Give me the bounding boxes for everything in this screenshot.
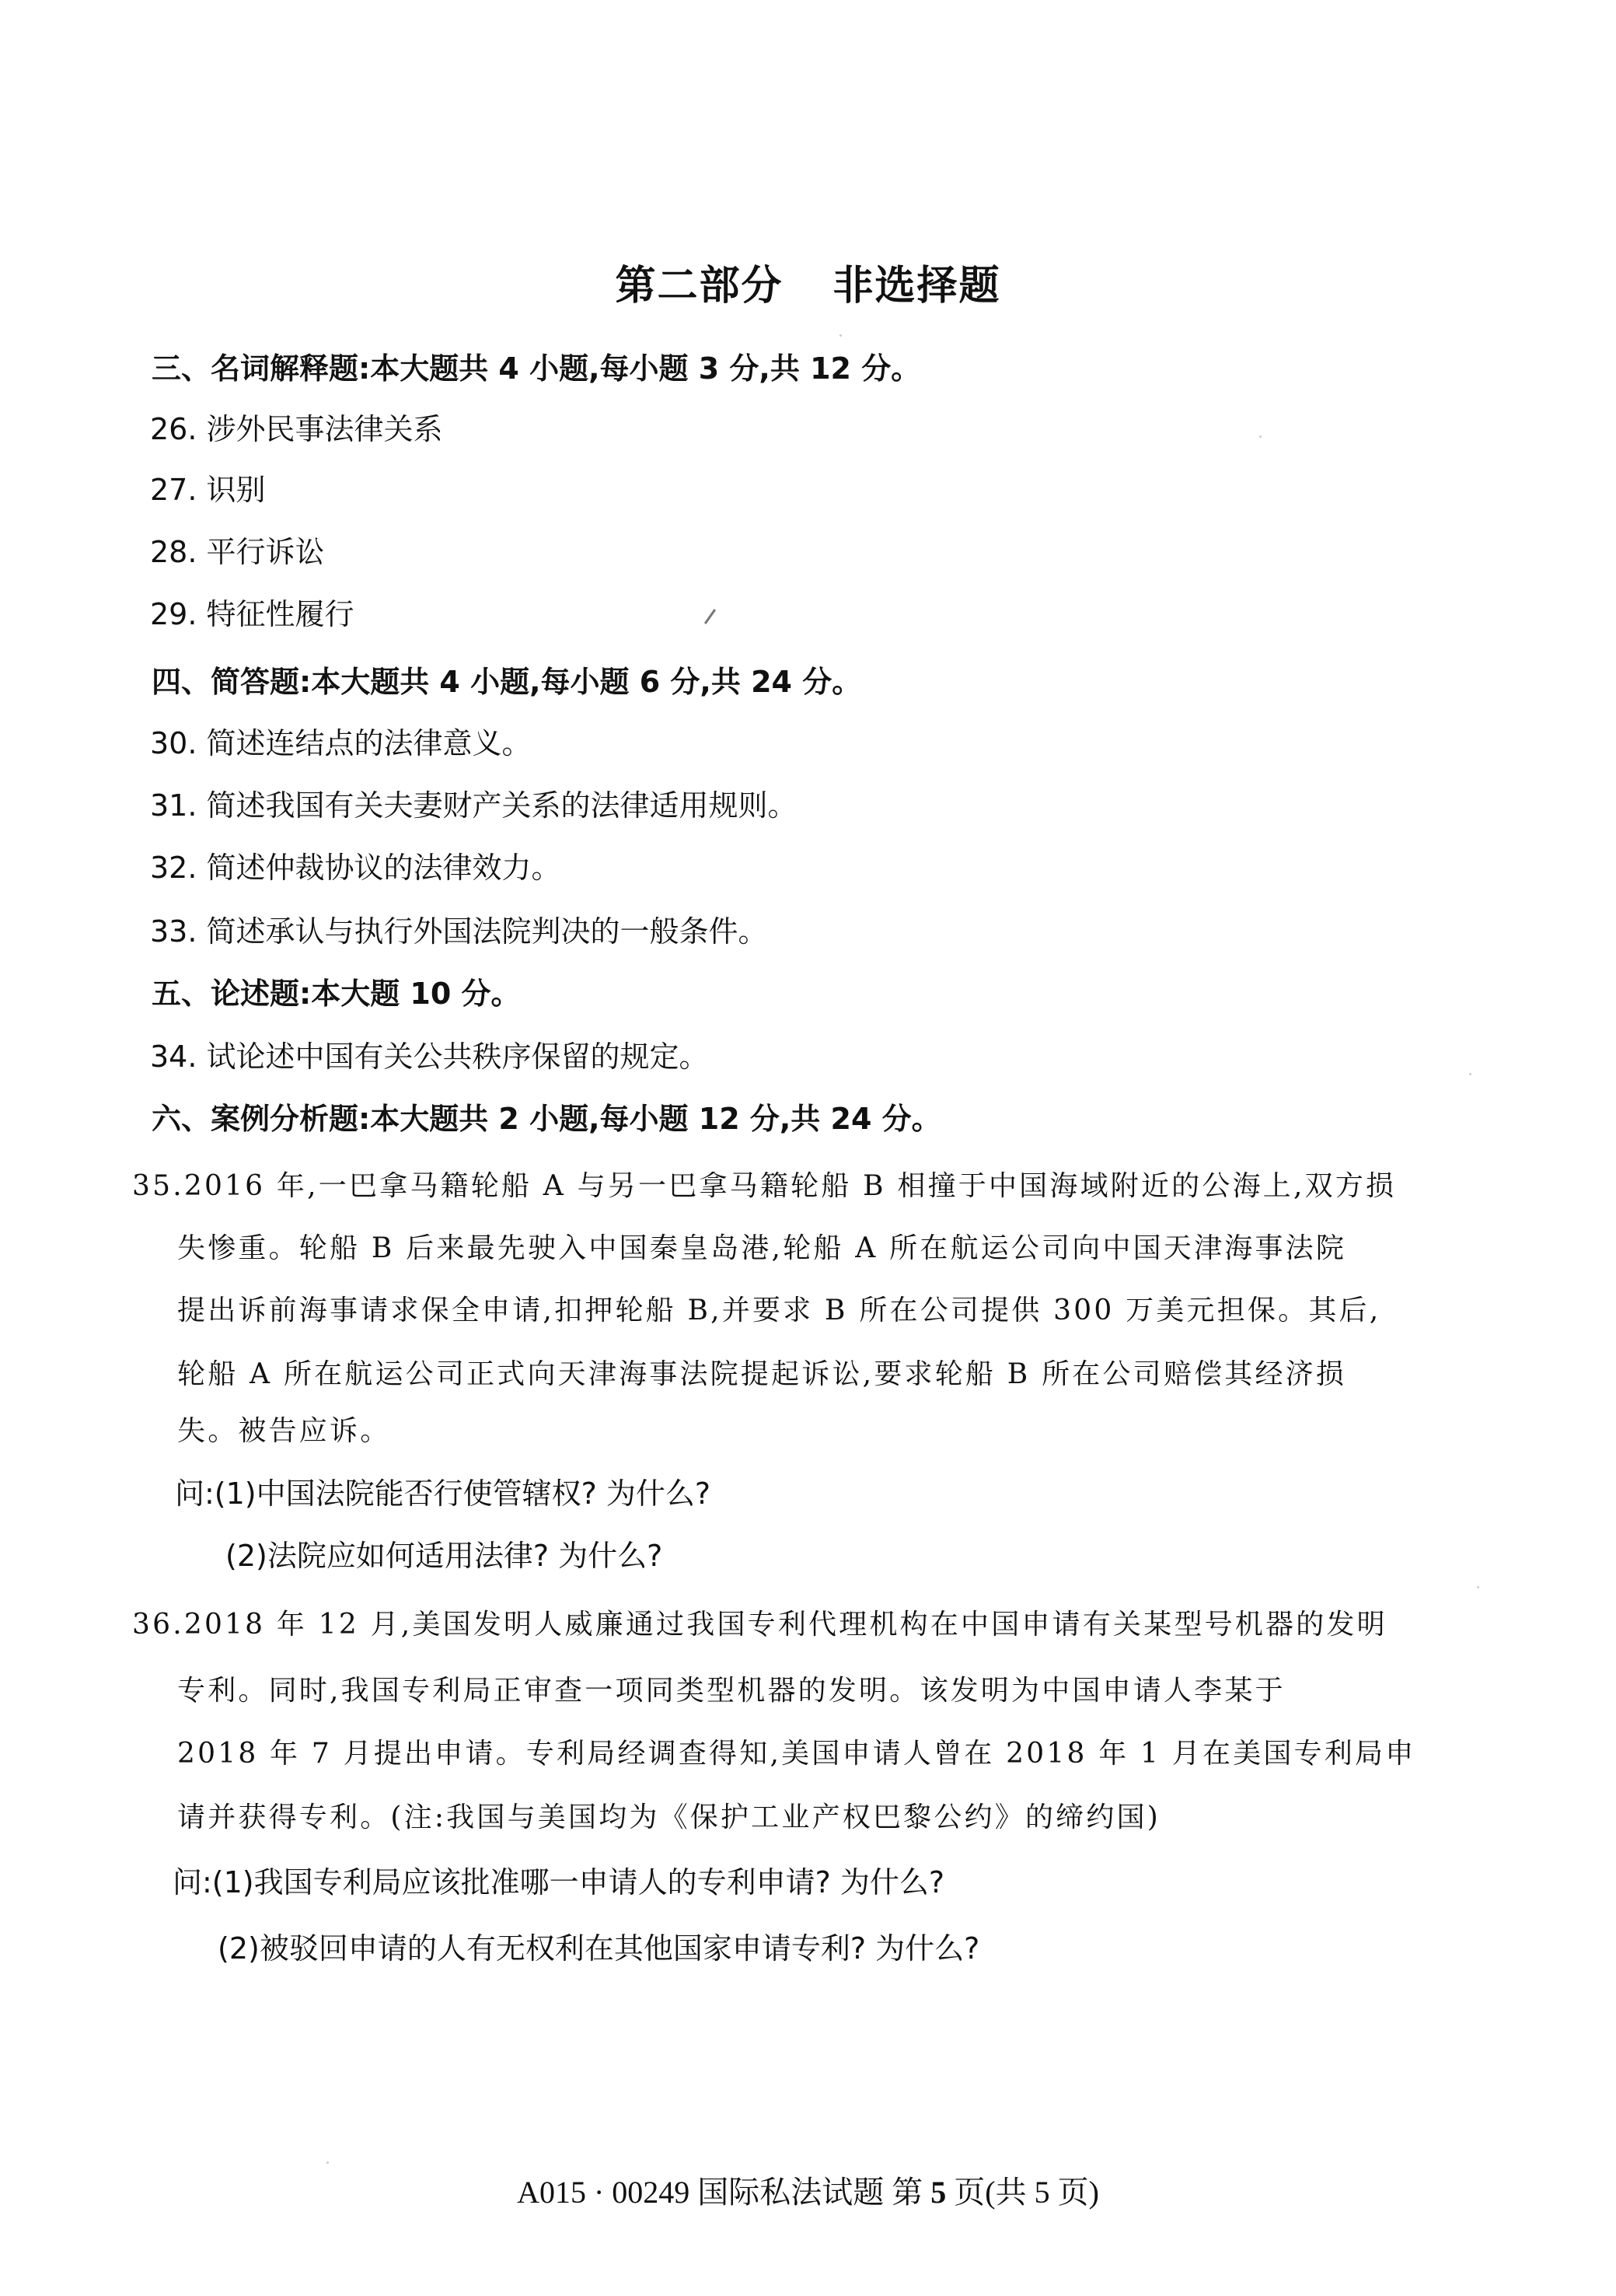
section-4-header: 四、简答题:本大题共 4 小题,每小题 6 分,共 24 分。 <box>152 667 861 697</box>
question-28: 28. 平行诉讼 <box>150 537 325 567</box>
question-33: 33. 简述承认与执行外国法院判决的一般条件。 <box>150 917 768 946</box>
case-36-line-2: 专利。同时,我国专利局正审查一项同类型机器的发明。该发明为中国申请人李某于 <box>177 1677 1286 1705</box>
case-35-question-2: (2)法院应如何适用法律? 为什么? <box>225 1541 662 1571</box>
question-29: 29. 特征性履行 <box>150 599 354 629</box>
scan-mark <box>704 609 716 624</box>
exam-page: 第二部分非选择题 三、名词解释题:本大题共 4 小题,每小题 3 分,共 12 … <box>0 0 1616 2296</box>
footer-page-number: 5 <box>930 2175 946 2210</box>
question-30: 30. 简述连结点的法律意义。 <box>150 729 532 758</box>
scan-speck <box>326 2161 329 2164</box>
section-6-header: 六、案例分析题:本大题共 2 小题,每小题 12 分,共 24 分。 <box>152 1104 941 1134</box>
case-35-line-4: 轮船 A 所在航运公司正式向天津海事法院提起诉讼,要求轮船 B 所在公司赔偿其经… <box>177 1361 1346 1389</box>
scan-speck <box>839 334 842 337</box>
scan-speck <box>1469 1073 1471 1075</box>
footer-page-total: 页(共 5 页) <box>954 2175 1099 2210</box>
section-3-header: 三、名词解释题:本大题共 4 小题,每小题 3 分,共 12 分。 <box>152 354 920 383</box>
part-title: 第二部分非选择题 <box>0 266 1616 306</box>
case-36-question-2: (2)被驳回申请的人有无权利在其他国家申请专利? 为什么? <box>218 1934 979 1963</box>
scan-speck <box>1259 435 1262 438</box>
case-36-line-1: 36.2018 年 12 月,美国发明人威廉通过我国专利代理机构在中国申请有关某… <box>132 1611 1387 1639</box>
question-32: 32. 简述仲裁协议的法律效力。 <box>150 853 561 882</box>
question-31: 31. 简述我国有关夫妻财产关系的法律适用规则。 <box>150 791 798 820</box>
footer-code: A015 · 00249 国际私法试题 第 <box>517 2175 923 2210</box>
scan-speck <box>1477 1586 1479 1588</box>
question-34: 34. 试论述中国有关公共秩序保留的规定。 <box>150 1042 709 1071</box>
case-36-question-1: 问:(1)我国专利局应该批准哪一申请人的专利申请? 为什么? <box>173 1868 944 1897</box>
case-35-line-3: 提出诉前海事请求保全申请,扣押轮船 B,并要求 B 所在公司提供 300 万美元… <box>177 1297 1380 1325</box>
question-27: 27. 识别 <box>150 475 266 505</box>
case-35-line-2: 失惨重。轮船 B 后来最先驶入中国秦皇岛港,轮船 A 所在航运公司向中国天津海事… <box>177 1235 1346 1263</box>
question-26: 26. 涉外民事法律关系 <box>150 414 443 444</box>
case-35-line-5: 失。被告应诉。 <box>177 1417 390 1445</box>
case-36-line-4: 请并获得专利。(注:我国与美国均为《保护工业产权巴黎公约》的缔约国) <box>177 1804 1161 1832</box>
case-35-question-1: 问:(1)中国法院能否行使管辖权? 为什么? <box>175 1479 710 1508</box>
section-5-header: 五、论述题:本大题 10 分。 <box>152 979 521 1008</box>
case-36-line-3: 2018 年 7 月提出申请。专利局经调查得知,美国申请人曾在 2018 年 1… <box>177 1740 1415 1768</box>
case-35-line-1: 35.2016 年,一巴拿马籍轮船 A 与另一巴拿马籍轮船 B 相撞于中国海域附… <box>132 1172 1396 1200</box>
page-footer: A015 · 00249 国际私法试题 第 5 页(共 5 页) <box>0 2177 1616 2208</box>
part-title-number: 第二部分 <box>615 263 783 309</box>
part-title-name: 非选择题 <box>833 263 1001 309</box>
